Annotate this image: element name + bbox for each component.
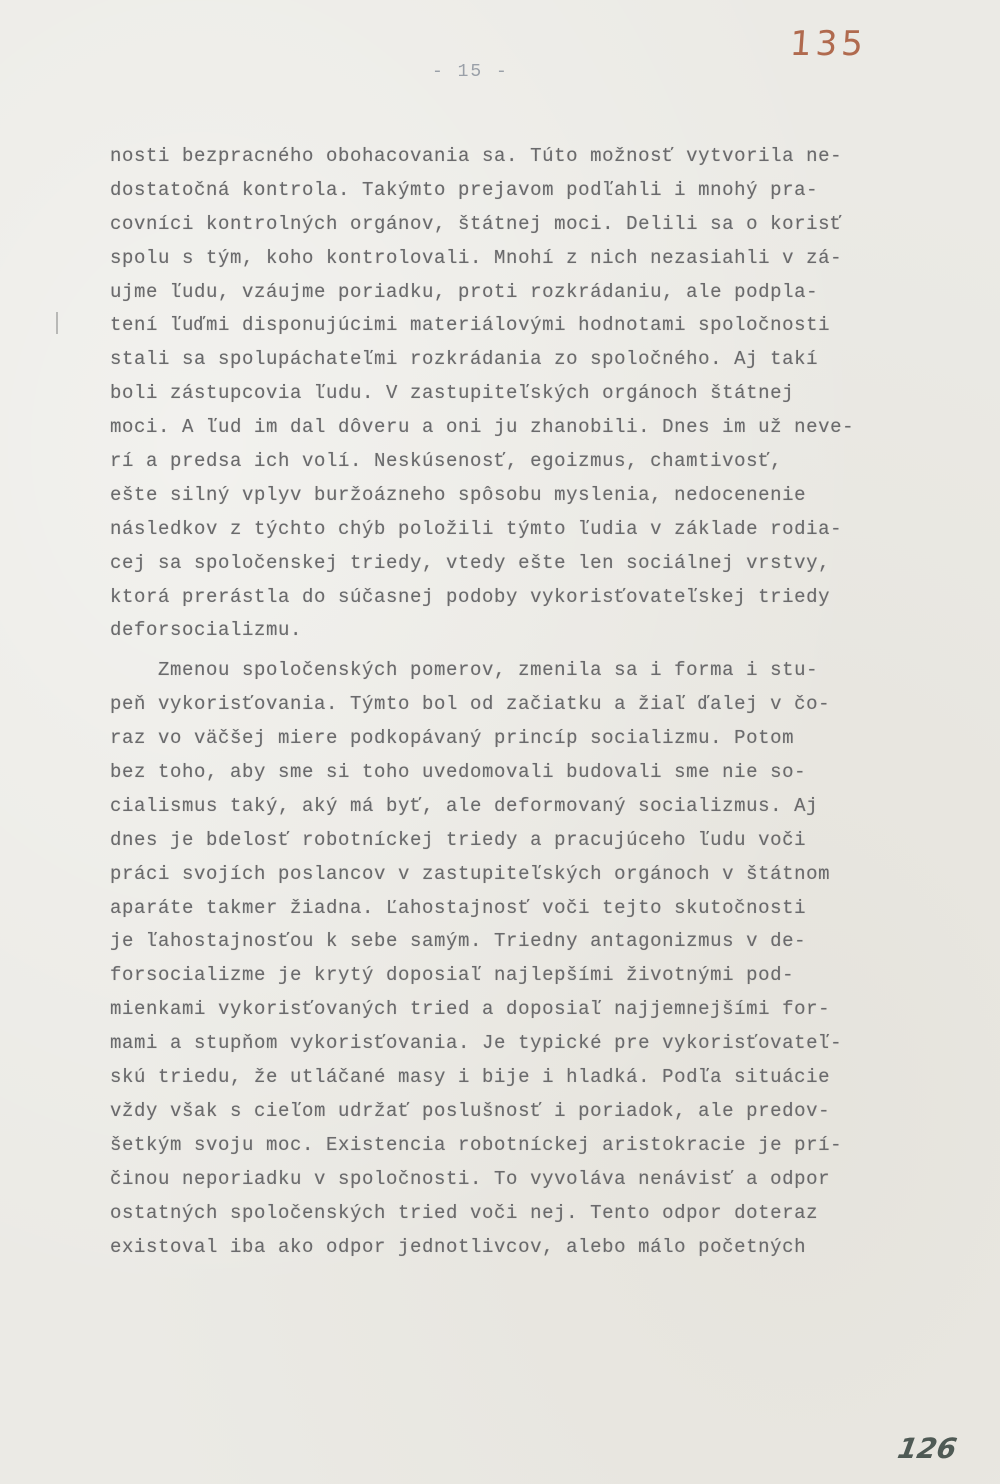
margin-mark — [56, 312, 58, 334]
text-line: nosti bezpracného obohacovania sa. Túto … — [110, 140, 970, 174]
text-line: aparáte takmer žiadna. Ľahostajnosť voči… — [110, 892, 970, 926]
text-line: je ľahostajnosťou k sebe samým. Triedny … — [110, 925, 970, 959]
text-line: cialismus taký, aký má byť, ale deformov… — [110, 790, 970, 824]
document-page: 135 - 15 - nosti bezpracného obohacovani… — [0, 0, 1000, 1484]
text-line: spolu s tým, koho kontrolovali. Mnohí z … — [110, 242, 970, 276]
text-line: bez toho, aby sme si toho uvedomovali bu… — [110, 756, 970, 790]
text-line: ujme ľudu, vzáujme poriadku, proti rozkr… — [110, 276, 970, 310]
text-line: ostatných spoločenských tried voči nej. … — [110, 1197, 970, 1231]
text-line: deforsocializmu. — [110, 614, 970, 648]
body-text: nosti bezpracného obohacovania sa. Túto … — [110, 140, 970, 1264]
text-line: existoval iba ako odpor jednotlivcov, al… — [110, 1231, 970, 1265]
text-line: vždy však s cieľom udržať poslušnosť i p… — [110, 1095, 970, 1129]
text-line: moci. A ľud im dal dôveru a oni ju zhano… — [110, 411, 970, 445]
text-line: mami a stupňom vykorisťovania. Je typick… — [110, 1027, 970, 1061]
text-line: následkov z týchto chýb položili týmto ľ… — [110, 513, 970, 547]
text-line: práci svojích poslancov v zastupiteľskýc… — [110, 858, 970, 892]
text-line: boli zástupcovia ľudu. V zastupiteľských… — [110, 377, 970, 411]
text-line: covníci kontrolných orgánov, štátnej moc… — [110, 208, 970, 242]
text-line: forsocializme je krytý doposiaľ najlepší… — [110, 959, 970, 993]
text-line: ktorá prerástla do súčasnej podoby vykor… — [110, 581, 970, 615]
paragraph-1: nosti bezpracného obohacovania sa. Túto … — [110, 140, 970, 648]
text-line: mienkami vykorisťovaných tried a doposia… — [110, 993, 970, 1027]
text-line: tení ľuďmi disponujúcimi materiálovými h… — [110, 309, 970, 343]
text-line: Zmenou spoločenských pomerov, zmenila sa… — [110, 654, 970, 688]
archive-number: 135 — [789, 24, 869, 64]
paragraph-2: Zmenou spoločenských pomerov, zmenila sa… — [110, 654, 970, 1264]
page-header: - 15 - — [432, 62, 509, 82]
text-line: skú triedu, že utláčané masy i bije i hl… — [110, 1061, 970, 1095]
text-line: dostatočná kontrola. Takýmto prejavom po… — [110, 174, 970, 208]
text-line: dnes je bdelosť robotníckej triedy a pra… — [110, 824, 970, 858]
text-line: činou neporiadku v spoločnosti. To vyvol… — [110, 1163, 970, 1197]
text-line: cej sa spoločenskej triedy, vtedy ešte l… — [110, 547, 970, 581]
text-line: stali sa spolupáchateľmi rozkrádania zo … — [110, 343, 970, 377]
text-line: raz vo väčšej miere podkopávaný princíp … — [110, 722, 970, 756]
text-line: peň vykorisťovania. Týmto bol od začiatk… — [110, 688, 970, 722]
text-line: šetkým svoju moc. Existencia robotníckej… — [110, 1129, 970, 1163]
folio-number: 126 — [895, 1432, 959, 1465]
text-line: rí a predsa ich volí. Neskúsenosť, egoiz… — [110, 445, 970, 479]
text-line: ešte silný vplyv buržoázneho spôsobu mys… — [110, 479, 970, 513]
